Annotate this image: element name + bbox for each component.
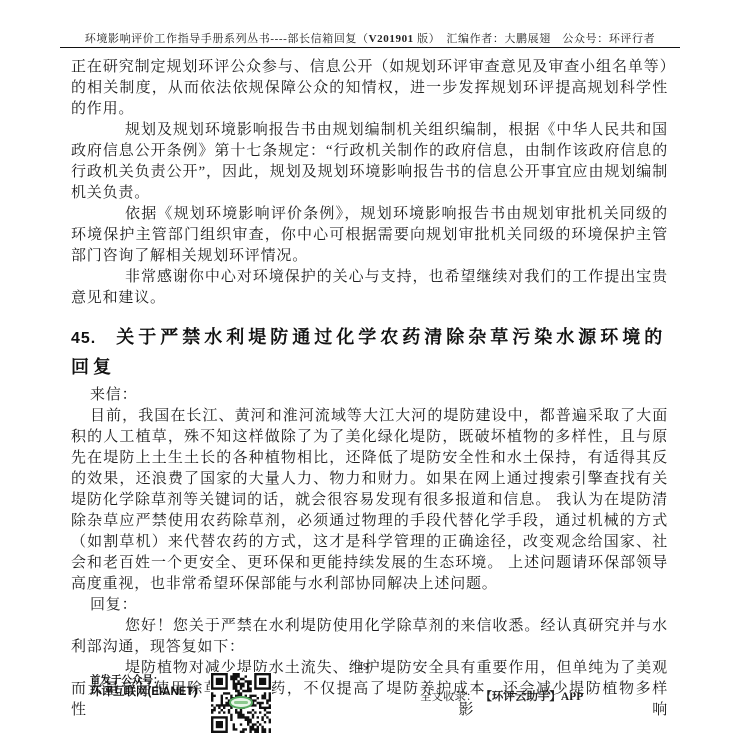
- section-title: 关于严禁水利堤防通过化学农药清除杂草污染水源环境的回复: [71, 327, 666, 377]
- paragraph-intro-3: 依据《规划环境影响评价条例》，规划环境影响报告书由规划审批机关同级的环境保护主管…: [71, 204, 668, 267]
- header-title-prefix: 环境影响评价工作指导手册系列丛书----部长信箱回复（: [85, 33, 369, 45]
- section-heading: 45.关于严禁水利堤防通过化学农药清除杂草污染水源环境的回复: [71, 323, 668, 381]
- reply-paragraph-1: 您好！您关于严禁在水利堤防使用化学除草剂的来信收悉。经认真研究并与水利部沟通，现…: [71, 616, 668, 658]
- footer-publisher-line1: 首发于公众号：: [90, 674, 197, 686]
- document-body: 正在研究制定规划环评公众参与、信息公开（如规划环评审查意见及审查小组名单等）的相…: [71, 57, 668, 721]
- paragraph-intro-1: 正在研究制定规划环评公众参与、信息公开（如规划环评审查意见及审查小组名单等）的相…: [71, 57, 668, 120]
- header-divider: [60, 47, 680, 48]
- footer-publisher-line2: 环评互联网(EIANET): [90, 686, 197, 699]
- footer-app-prefix: 全文收录：: [420, 691, 480, 703]
- header-version: V201901: [369, 33, 414, 45]
- header-title: 环境影响评价工作指导手册系列丛书----部长信箱回复（V201901 版） 汇编…: [60, 30, 680, 46]
- paragraph-intro-4: 非常感谢你中心对环境保护的关心与支持，也希望继续对我们的工作提出宝贵意见和建议。: [71, 267, 668, 309]
- header-title-suffix: 版） 汇编作者：大鹏展翅 公众号：环评行者: [414, 33, 655, 45]
- footer-app-note: 全文收录： 【环评云助手】APP: [420, 688, 583, 704]
- letter-label: 来信：: [71, 385, 668, 406]
- qr-center-logo-icon: [229, 696, 253, 709]
- paragraph-intro-2: 规划及规划环境影响报告书由规划编制机关组织编制，根据《中华人民共和国政府信息公开…: [71, 120, 668, 204]
- document-page: 环境影响评价工作指导手册系列丛书----部长信箱回复（V201901 版） 汇编…: [0, 0, 740, 740]
- qr-code-icon: [210, 672, 272, 734]
- letter-body: 目前，我国在长江、黄河和淮河流域等大江大河的堤防建设中，都普遍采取了大面积的人工…: [71, 406, 668, 595]
- reply-label: 回复：: [71, 595, 668, 616]
- page-number: 49: [340, 661, 386, 673]
- section-number: 45.: [71, 330, 96, 347]
- footer-publisher: 首发于公众号： 环评互联网(EIANET): [90, 674, 197, 699]
- footer-app-name: 【环评云助手】APP: [480, 691, 583, 703]
